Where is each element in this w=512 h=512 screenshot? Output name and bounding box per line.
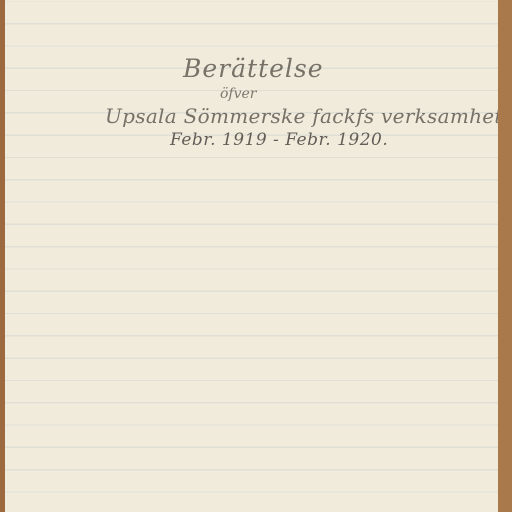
document-title: Berättelse — [183, 54, 324, 83]
ruled-paper-page: Berättelse öfver Upsala Sömmerske fackfs… — [5, 0, 498, 512]
document-subject: Upsala Sömmerske fackfs verksamhet — [105, 104, 503, 128]
document-period: Febr. 1919 - Febr. 1920. — [170, 130, 388, 150]
backing-board-right — [498, 0, 512, 512]
title-preposition: öfver — [220, 86, 257, 102]
